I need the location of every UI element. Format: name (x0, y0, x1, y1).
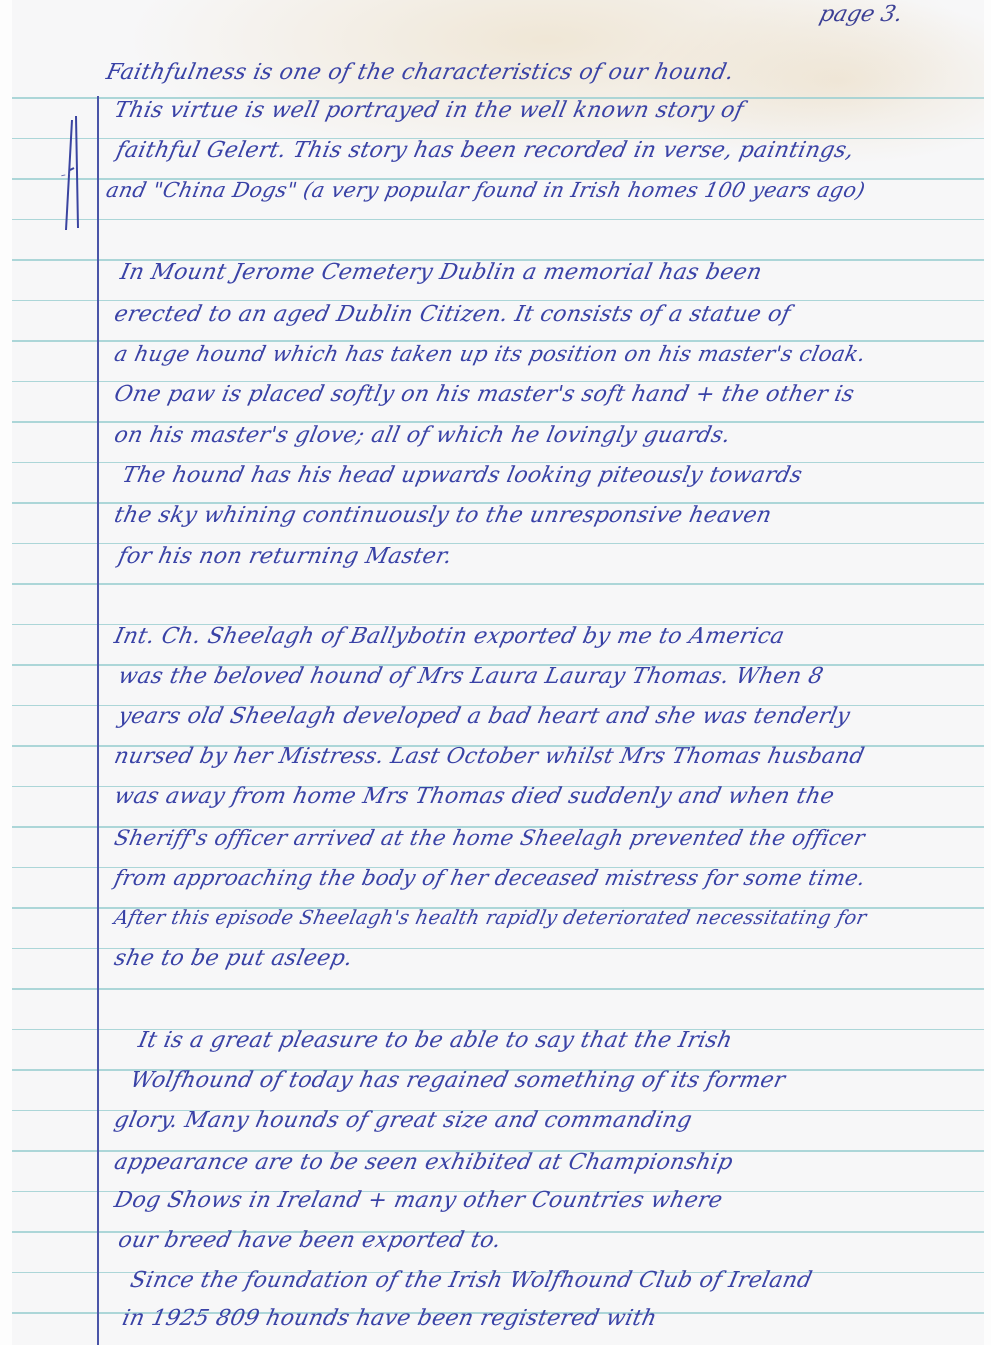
handwritten-line: It is a great pleasure to be able to say… (136, 1028, 735, 1053)
handwritten-line: on his master's glove; all of which he l… (112, 423, 733, 448)
handwritten-line: and "China Dogs" (a very popular found i… (104, 178, 867, 202)
handwritten-line: Wolfhound of today has regained somethin… (128, 1068, 787, 1093)
handwritten-line: was away from home Mrs Thomas died sudde… (112, 784, 837, 809)
handwritten-line: in 1925 809 hounds have been registered … (120, 1306, 659, 1331)
handwritten-line: Int. Ch. Sheelagh of Ballybotin exported… (112, 624, 787, 649)
notebook-page: page 3. Faithfulness is one of the chara… (12, 0, 984, 1345)
handwritten-line: the sky whining continuously to the unre… (112, 503, 774, 528)
handwritten-line: faithful Gelert. This story has been rec… (114, 138, 856, 163)
ruled-line (12, 300, 984, 302)
handwritten-line: Dog Shows in Ireland + many other Countr… (112, 1188, 725, 1213)
handwritten-line: was the beloved hound of Mrs Laura Laura… (116, 664, 826, 689)
handwritten-line: Sheriff's officer arrived at the home Sh… (112, 826, 867, 851)
handwritten-line: years old Sheelagh developed a bad heart… (116, 704, 852, 729)
handwritten-line: Since the foundation of the Irish Wolfho… (128, 1268, 814, 1293)
handwritten-line: nursed by her Mistress. Last October whi… (112, 744, 867, 769)
handwritten-line: The hound has his head upwards looking p… (120, 463, 805, 488)
handwritten-line: This virtue is well portrayed in the wel… (112, 98, 746, 123)
margin-bracket-mark (60, 110, 90, 230)
handwritten-line: erected to an aged Dublin Citizen. It co… (112, 302, 793, 327)
handwritten-line: glory. Many hounds of great size and com… (112, 1108, 694, 1133)
handwritten-line: In Mount Jerome Cemetery Dublin a memori… (118, 260, 764, 285)
ruled-line (12, 219, 984, 221)
margin-line (97, 96, 99, 1345)
handwritten-line: Faithfulness is one of the characteristi… (104, 60, 736, 85)
handwritten-line: our breed have been exported to. (116, 1228, 503, 1253)
handwritten-line: appearance are to be seen exhibited at C… (112, 1150, 735, 1175)
ruled-line (12, 988, 984, 990)
handwritten-line: she to be put asleep. (112, 946, 355, 971)
handwritten-line: from approaching the body of her decease… (112, 866, 868, 891)
handwritten-line: One paw is placed softly on his master's… (112, 382, 856, 407)
page-number: page 3. (817, 2, 906, 27)
handwritten-line: After this episode Sheelagh's health rap… (112, 906, 869, 929)
handwritten-line: for his non returning Master. (116, 544, 454, 569)
ruled-line (12, 583, 984, 585)
handwritten-line: a huge hound which has taken up its posi… (112, 342, 868, 367)
